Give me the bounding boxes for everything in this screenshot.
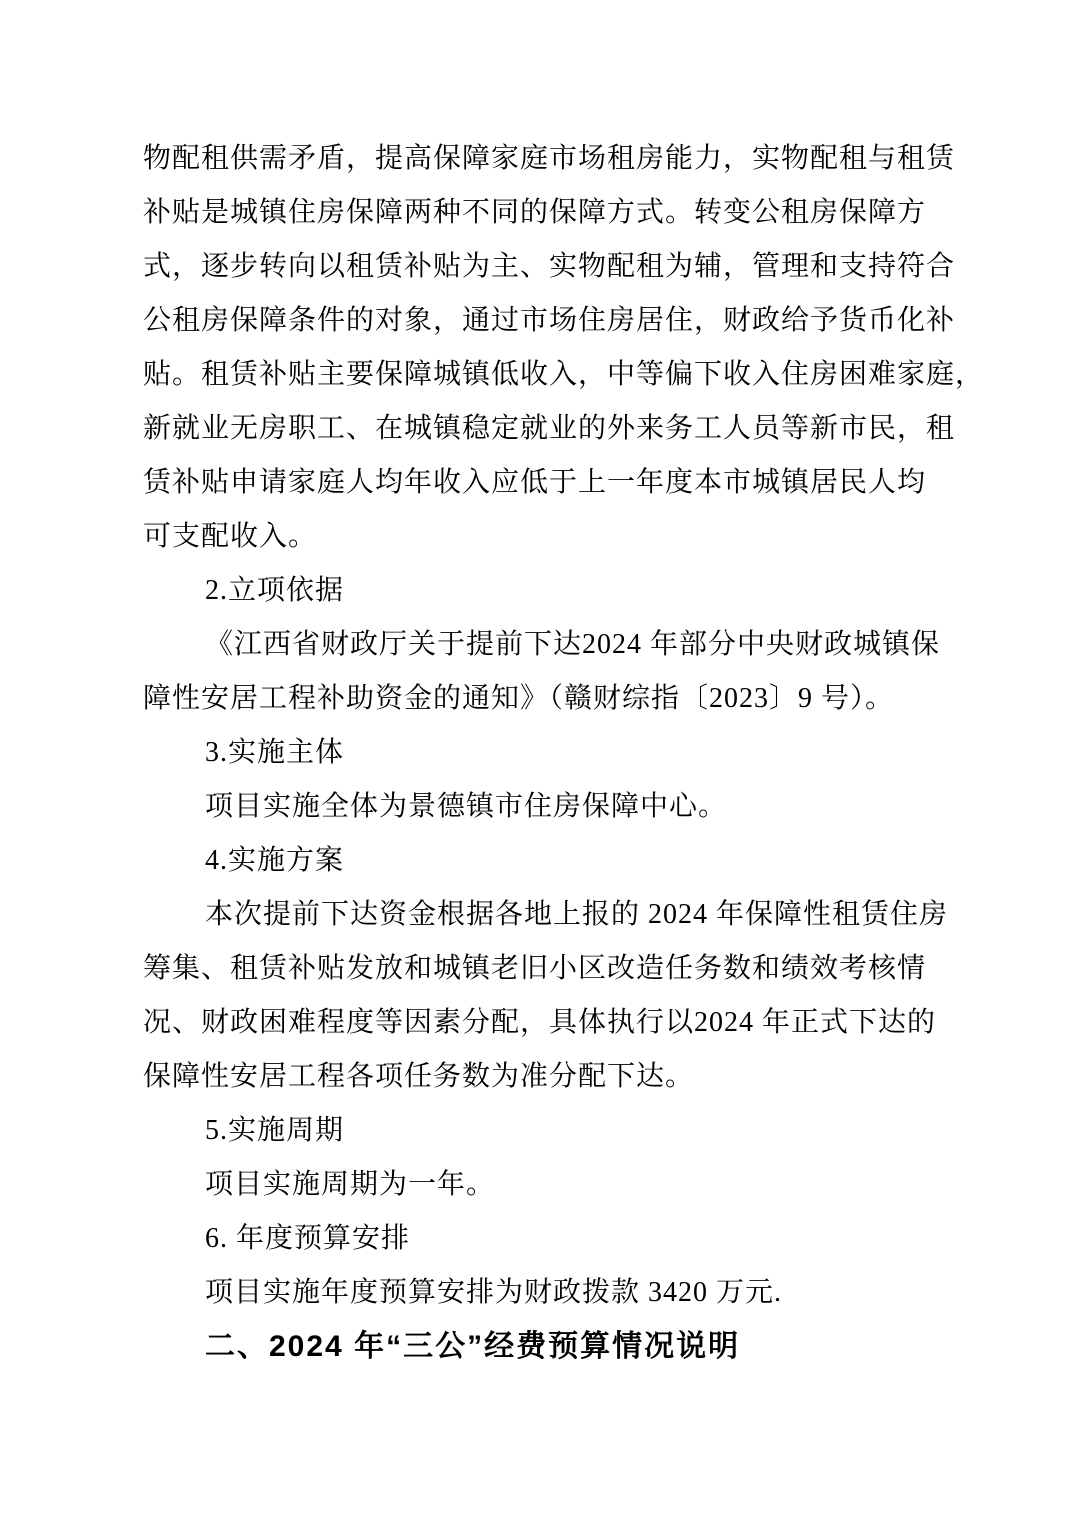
paragraph-line: 可支配收入。 xyxy=(143,510,1048,564)
paragraph-line: 新就业无房职工、在城镇稳定就业的外来务工人员等新市民，租 xyxy=(143,402,1048,456)
paragraph-line: 5.实施周期 xyxy=(143,1104,1048,1158)
paragraph-line: 4.实施方案 xyxy=(143,834,1048,888)
paragraph-line: 本次提前下达资金根据各地上报的 2024 年保障性租赁住房 xyxy=(143,888,1048,942)
paragraph-line: 6. 年度预算安排 xyxy=(143,1212,1048,1266)
paragraph-line: 贴。租赁补贴主要保障城镇低收入，中等偏下收入住房困难家庭， xyxy=(143,348,1048,402)
paragraph-line: 保障性安居工程各项任务数为准分配下达。 xyxy=(143,1050,1048,1104)
paragraph-line: 障性安居工程补助资金的通知》（赣财综指〔2023〕9 号）。 xyxy=(143,672,1048,726)
paragraph-line: 项目实施年度预算安排为财政拨款 3420 万元. xyxy=(143,1266,1048,1320)
paragraph-line: 《江西省财政厅关于提前下达2024 年部分中央财政城镇保 xyxy=(143,618,1048,672)
paragraph-line: 项目实施全体为景德镇市住房保障中心。 xyxy=(143,780,1048,834)
document-page: 物配租供需矛盾，提高保障家庭市场租房能力，实物配租与租赁补贴是城镇住房保障两种不… xyxy=(0,0,1074,1520)
paragraph-line: 2.立项依据 xyxy=(143,564,1048,618)
document-content: 物配租供需矛盾，提高保障家庭市场租房能力，实物配租与租赁补贴是城镇住房保障两种不… xyxy=(143,132,1048,1374)
paragraph-line: 赁补贴申请家庭人均年收入应低于上一年度本市城镇居民人均 xyxy=(143,456,1048,510)
paragraph-line: 补贴是城镇住房保障两种不同的保障方式。转变公租房保障方 xyxy=(143,186,1048,240)
paragraph-line: 况、财政困难程度等因素分配，具体执行以2024 年正式下达的 xyxy=(143,996,1048,1050)
paragraph-line: 3.实施主体 xyxy=(143,726,1048,780)
paragraph-line: 式，逐步转向以租赁补贴为主、实物配租为辅，管理和支持符合 xyxy=(143,240,1048,294)
paragraph-line: 公租房保障条件的对象，通过市场住房居住，财政给予货币化补 xyxy=(143,294,1048,348)
paragraph-line: 物配租供需矛盾，提高保障家庭市场租房能力，实物配租与租赁 xyxy=(143,132,1048,186)
paragraph-line: 项目实施周期为一年。 xyxy=(143,1158,1048,1212)
section-heading: 二、2024 年“三公”经费预算情况说明 xyxy=(143,1320,1048,1374)
paragraph-line: 筹集、租赁补贴发放和城镇老旧小区改造任务数和绩效考核情 xyxy=(143,942,1048,996)
